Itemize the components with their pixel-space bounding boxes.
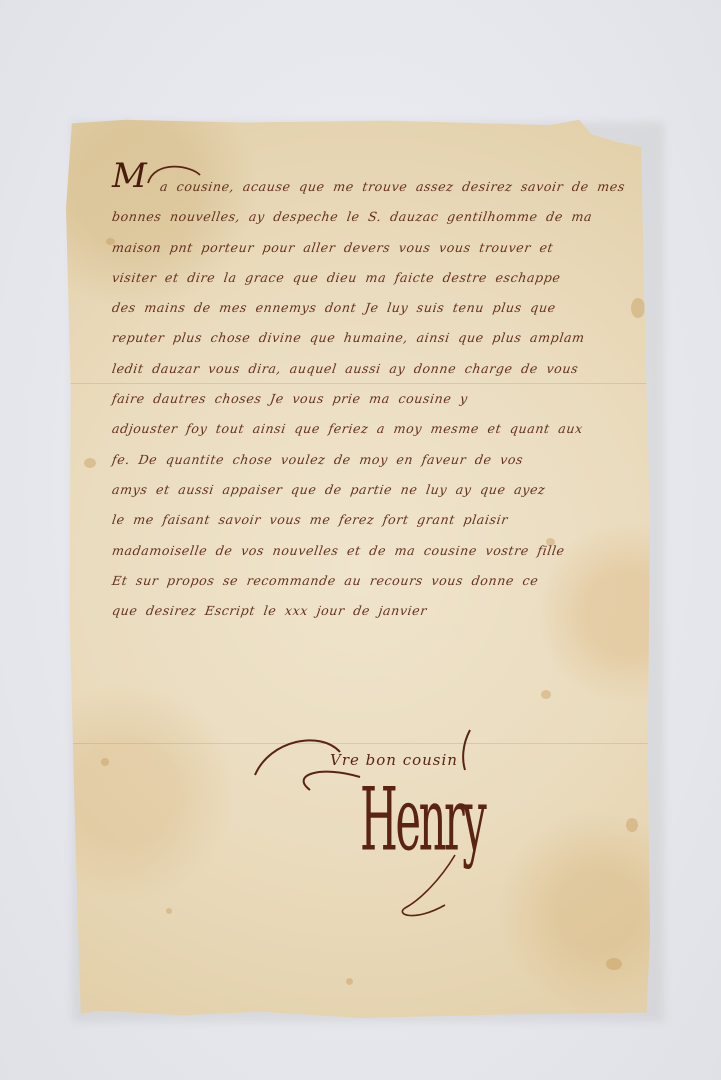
flourish-strokes [0,0,721,1080]
